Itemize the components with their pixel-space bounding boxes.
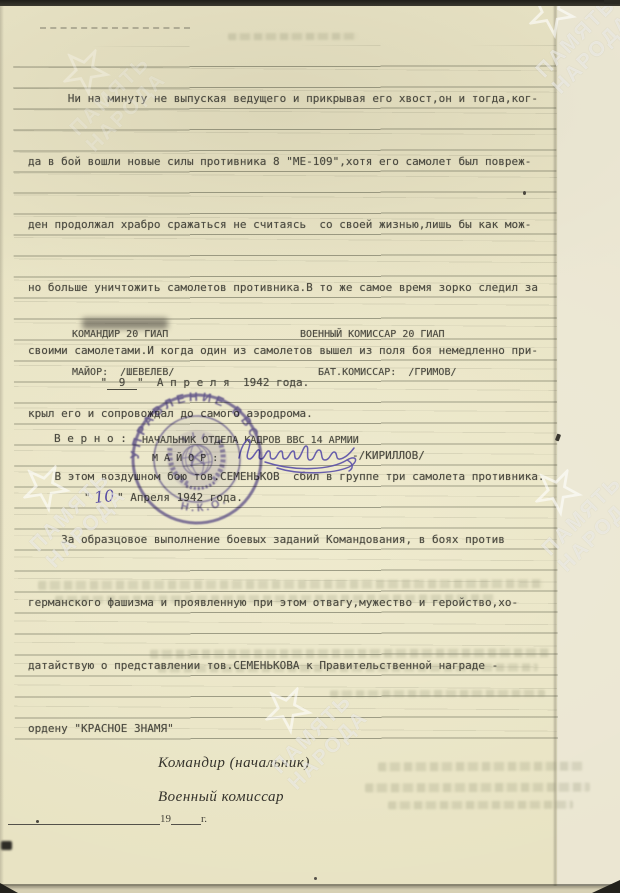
adjacent-page-strip: [557, 0, 620, 893]
scan-corner-dark: [604, 0, 620, 4]
day-number: 9: [107, 376, 137, 390]
scan-corner-dark: [0, 883, 18, 893]
quote-open: ": [84, 487, 91, 508]
commissar-name: /ГРИМОВ/: [408, 367, 456, 378]
edge-blot: [1, 841, 12, 850]
footer-commissar-label: Военный комиссар: [158, 789, 284, 806]
year-suffix: г.: [201, 813, 207, 825]
commissar-signature-block: ВОЕННЫЙ КОМИССАР 20 ГИАП БАТ.КОМИССАР: /…: [300, 305, 457, 403]
commander-title: КОМАНДИР 20 ГИАП: [72, 329, 174, 341]
body-line: но больше уничтожить самолетов противник…: [28, 277, 545, 298]
body-line: германского фашизма и проявленную при эт…: [28, 592, 545, 613]
round-ink-stamp: УПРАВЛЕНИЕ ВВС Н.К.О.: [113, 375, 280, 542]
commissar-title: ВОЕННЫЙ КОМИССАР 20 ГИАП: [300, 329, 457, 341]
ink-speck: [523, 191, 526, 195]
printed-asterisk-mark: [36, 820, 39, 823]
bleed-through-mark: [388, 801, 573, 810]
blank-line: [8, 810, 160, 825]
faint-dashed-mark: [40, 27, 190, 29]
ink-speck: [314, 877, 317, 880]
body-line: Ни на минуту не выпуская ведущего и прик…: [28, 88, 545, 109]
body-line: ден продолжал храбро сражаться не считая…: [28, 214, 545, 235]
body-line: За образцовое выполнение боевых заданий …: [28, 529, 545, 550]
blank-line: [171, 810, 201, 825]
bleed-through-mark: [228, 33, 358, 40]
scan-top-edge: [0, 0, 620, 6]
year-prefix: 19: [160, 813, 171, 825]
scan-bottom-strip: [0, 886, 620, 893]
footer-commander-label: Командир (начальник): [158, 755, 310, 772]
body-line: ордену "КРАСНОЕ ЗНАМЯ": [28, 718, 545, 739]
body-line: датайствую о представлении тов.СЕМЕНЬКОВ…: [28, 655, 545, 676]
handwritten-day-10: 10: [93, 486, 115, 507]
verno-label: В е р н о :: [54, 428, 127, 449]
commissar-rank-name: БАТ.КОМИССАР: /ГРИМОВ/: [300, 367, 457, 379]
page-left-edge: [0, 0, 4, 893]
scan-corner-dark: [592, 880, 620, 893]
scanned-document-page: Ни на минуту не выпуская ведущего и прик…: [0, 0, 620, 893]
commissar-rank: БАТ.КОМИССАР:: [318, 367, 396, 378]
body-line: да в бой вошли новые силы противника 8 "…: [28, 151, 545, 172]
page-fold-line: [553, 0, 557, 893]
